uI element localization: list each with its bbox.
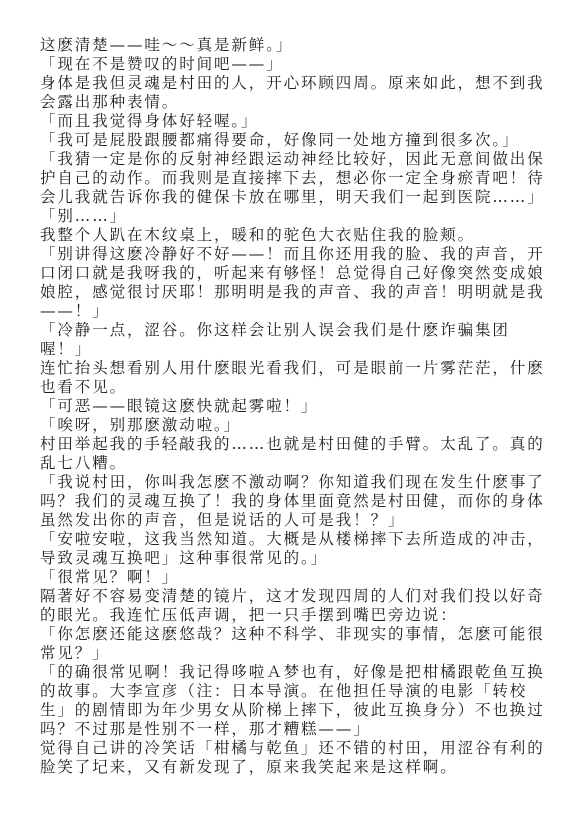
text-line: 觉得自己讲的冷笑话「柑橘与乾鱼」还不错的村田，用涩谷有利的 <box>40 739 549 758</box>
text-line: 导致灵魂互换吧」这种事很常见的。」 <box>40 549 549 568</box>
text-block: 这麽清楚——哇～～真是新鲜。」「现在不是赞叹的时间吧——」身体是我但灵魂是村田的… <box>40 36 549 777</box>
text-line: 虽然发出你的声音，但是说话的人可是我！？」 <box>40 511 549 530</box>
text-line: 会儿我就告诉你我的健保卡放在哪里，明天我们一起到医院……」 <box>40 188 549 207</box>
text-line: 娘腔，感觉很讨厌耶！那明明是我的声音、我的声音！明明就是我 <box>40 283 549 302</box>
text-line: 「我说村田，你叫我怎麽不激动啊？你知道我们现在发生什麽事了 <box>40 473 549 492</box>
novel-page: 这麽清楚——哇～～真是新鲜。」「现在不是赞叹的时间吧——」身体是我但灵魂是村田的… <box>0 0 583 828</box>
text-line: 「可恶——眼镜这麽快就起雾啦！」 <box>40 397 549 416</box>
text-line: 常见？」 <box>40 644 549 663</box>
text-line: 「的确很常见啊！我记得哆啦Ａ梦也有，好像是把柑橘跟乾鱼互换 <box>40 663 549 682</box>
text-line: 「冷静一点，涩谷。你这样会让别人误会我们是什麽诈骗集团 <box>40 321 549 340</box>
text-line: 「你怎麽还能这麽悠哉？这种不科学、非现实的事情，怎麽可能很 <box>40 625 549 644</box>
text-line: 会露出那种表情。 <box>40 93 549 112</box>
text-line: 「很常见？啊！」 <box>40 568 549 587</box>
text-line: 村田举起我的手轻敲我的……也就是村田健的手臂。太乱了。真的 <box>40 435 549 454</box>
text-line: 脸笑了圮来，又有新发现了，原来我笑起来是这样啊。 <box>40 758 549 777</box>
text-line: 也看不见。 <box>40 378 549 397</box>
text-line: 「我可是屁股跟腰都痛得要命，好像同一处地方撞到很多次。」 <box>40 131 549 150</box>
text-line: 吗？我们的灵魂互换了！我的身体里面竟然是村田健，而你的身体 <box>40 492 549 511</box>
text-line: 喔！」 <box>40 340 549 359</box>
text-line: 的眼光。我连忙压低声调，把一只手摆到嘴巴旁边说： <box>40 606 549 625</box>
text-line: 口闭口就是我呀我的，听起来有够怪！总觉得自己好像突然变成娘 <box>40 264 549 283</box>
text-line: 吗？不过那是性别不一样，那才糟糕——」 <box>40 720 549 739</box>
text-line: 「安啦安啦，这我当然知道。大概是从楼梯摔下去所造成的冲击， <box>40 530 549 549</box>
text-line: 「唉呀，别那麽激动啦。」 <box>40 416 549 435</box>
text-line: 「而且我觉得身体好轻喔。」 <box>40 112 549 131</box>
text-line: 连忙抬头想看别人用什麽眼光看我们，可是眼前一片雾茫茫，什麽 <box>40 359 549 378</box>
text-line: ——！」 <box>40 302 549 321</box>
text-line: 「别……」 <box>40 207 549 226</box>
text-line: 「我猜一定是你的反射神经跟运动神经比较好，因此无意间做出保 <box>40 150 549 169</box>
text-line: 乱七八糟。 <box>40 454 549 473</box>
text-line: 隔著好不容易变清楚的镜片，这才发现四周的人们对我们投以好奇 <box>40 587 549 606</box>
text-line: 「现在不是赞叹的时间吧——」 <box>40 55 549 74</box>
text-line: 的故事。大李宣彦（注：日本导演。在他担任导演的电影「转校 <box>40 682 549 701</box>
text-line: 护自己的动作。而我则是直接摔下去，想必你一定全身瘀青吧！待 <box>40 169 549 188</box>
text-line: 生」的剧情即为年少男女从阶梯上摔下，彼此互换身分）不也换过 <box>40 701 549 720</box>
text-line: 身体是我但灵魂是村田的人，开心环顾四周。原来如此，想不到我 <box>40 74 549 93</box>
text-line: 我整个人趴在木纹桌上，暖和的驼色大衣贴住我的脸颊。 <box>40 226 549 245</box>
text-line: 这麽清楚——哇～～真是新鲜。」 <box>40 36 549 55</box>
text-line: 「别讲得这麽冷静好不好——！而且你还用我的脸、我的声音，开 <box>40 245 549 264</box>
